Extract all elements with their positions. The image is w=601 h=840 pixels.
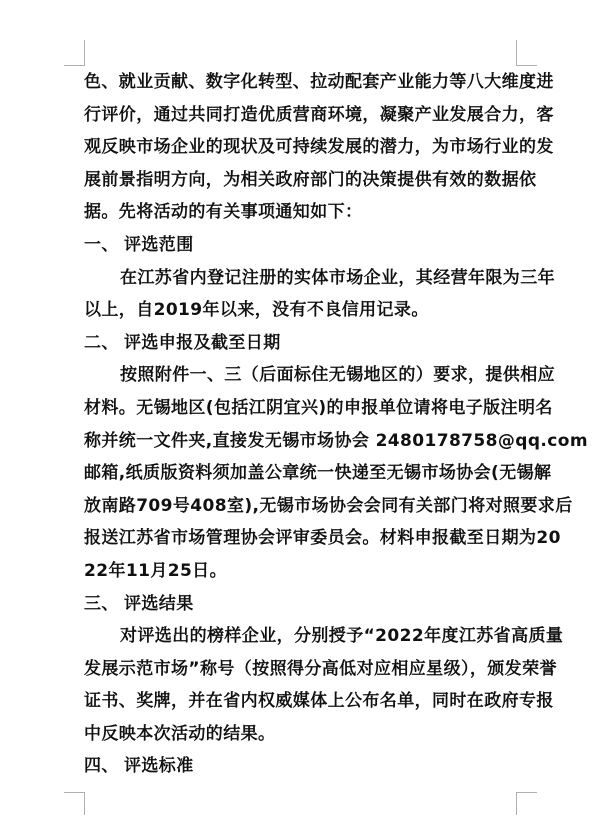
text-line: 展前景指明方向，为相关政府部门的决策提供有效的数据依 [84, 164, 524, 197]
section-number: 一、 [84, 229, 124, 262]
section-title: 评选范围 [124, 235, 194, 255]
document-page: 色、就业贡献、数字化转型、拉动配套产业能力等八大维度进 行评价，通过共同打造优质… [84, 66, 524, 783]
page-corner-mark-bottom-left [64, 792, 85, 815]
text-line: 据。先将活动的有关事项通知如下： [84, 196, 524, 229]
intro-paragraph: 色、就业贡献、数字化转型、拉动配套产业能力等八大维度进 行评价，通过共同打造优质… [84, 66, 524, 229]
section-results: 三、评选结果 对评选出的榜样企业，分别授予“2022年度江苏省高质量 发展示范市… [84, 588, 524, 751]
section-title: 评选标准 [124, 756, 194, 776]
section-heading: 一、评选范围 [84, 229, 524, 262]
text-line: 以上，自2019年以来，没有不良信用记录。 [84, 294, 524, 327]
text-line: 放南路709号408室),无锡市场协会会同有关部门将对照要求后 [84, 490, 524, 523]
section-scope: 一、评选范围 在江苏省内登记注册的实体市场企业，其经营年限为三年 以上，自201… [84, 229, 524, 327]
section-heading: 四、评选标准 [84, 750, 524, 783]
text-line: 报送江苏省市场管理协会评审委员会。材料申报截至日期为20 [84, 522, 524, 555]
section-heading: 二、评选申报及截至日期 [84, 327, 524, 360]
text-line: 称并统一文件夹,直接发无锡市场协会 2480178758@qq.com [84, 425, 524, 458]
text-line: 邮箱,纸质版资料须加盖公章统一快递至无锡市场协会(无锡解 [84, 457, 524, 490]
page-corner-mark-top-left [64, 40, 85, 66]
text-line: 按照附件一、三（后面标住无锡地区的）要求，提供相应 [84, 359, 524, 392]
section-title: 评选结果 [124, 594, 194, 614]
text-line: 中反映本次活动的结果。 [84, 718, 524, 751]
section-number: 二、 [84, 327, 124, 360]
section-title: 评选申报及截至日期 [124, 333, 281, 353]
section-application: 二、评选申报及截至日期 按照附件一、三（后面标住无锡地区的）要求，提供相应 材料… [84, 327, 524, 588]
text-line: 色、就业贡献、数字化转型、拉动配套产业能力等八大维度进 [84, 66, 524, 99]
text-line: 22年11月25日。 [84, 555, 524, 588]
section-criteria: 四、评选标准 [84, 750, 524, 783]
text-line: 材料。无锡地区(包括江阴宜兴)的申报单位请将电子版注明名 [84, 392, 524, 425]
text-line: 在江苏省内登记注册的实体市场企业，其经营年限为三年 [84, 262, 524, 295]
text-line: 观反映市场企业的现状及可持续发展的潜力，为市场行业的发 [84, 131, 524, 164]
text-line: 对评选出的榜样企业，分别授予“2022年度江苏省高质量 [84, 620, 524, 653]
page-corner-mark-bottom-right [516, 792, 537, 815]
section-number: 三、 [84, 588, 124, 621]
section-heading: 三、评选结果 [84, 588, 524, 621]
text-line: 行评价，通过共同打造优质营商环境，凝聚产业发展合力，客 [84, 99, 524, 132]
text-line: 证书、奖牌，并在省内权威媒体上公布名单，同时在政府专报 [84, 685, 524, 718]
text-line: 发展示范市场”称号（按照得分高低对应相应星级），颁发荣誉 [84, 653, 524, 686]
section-number: 四、 [84, 750, 124, 783]
page-corner-mark-top-right [516, 40, 537, 66]
